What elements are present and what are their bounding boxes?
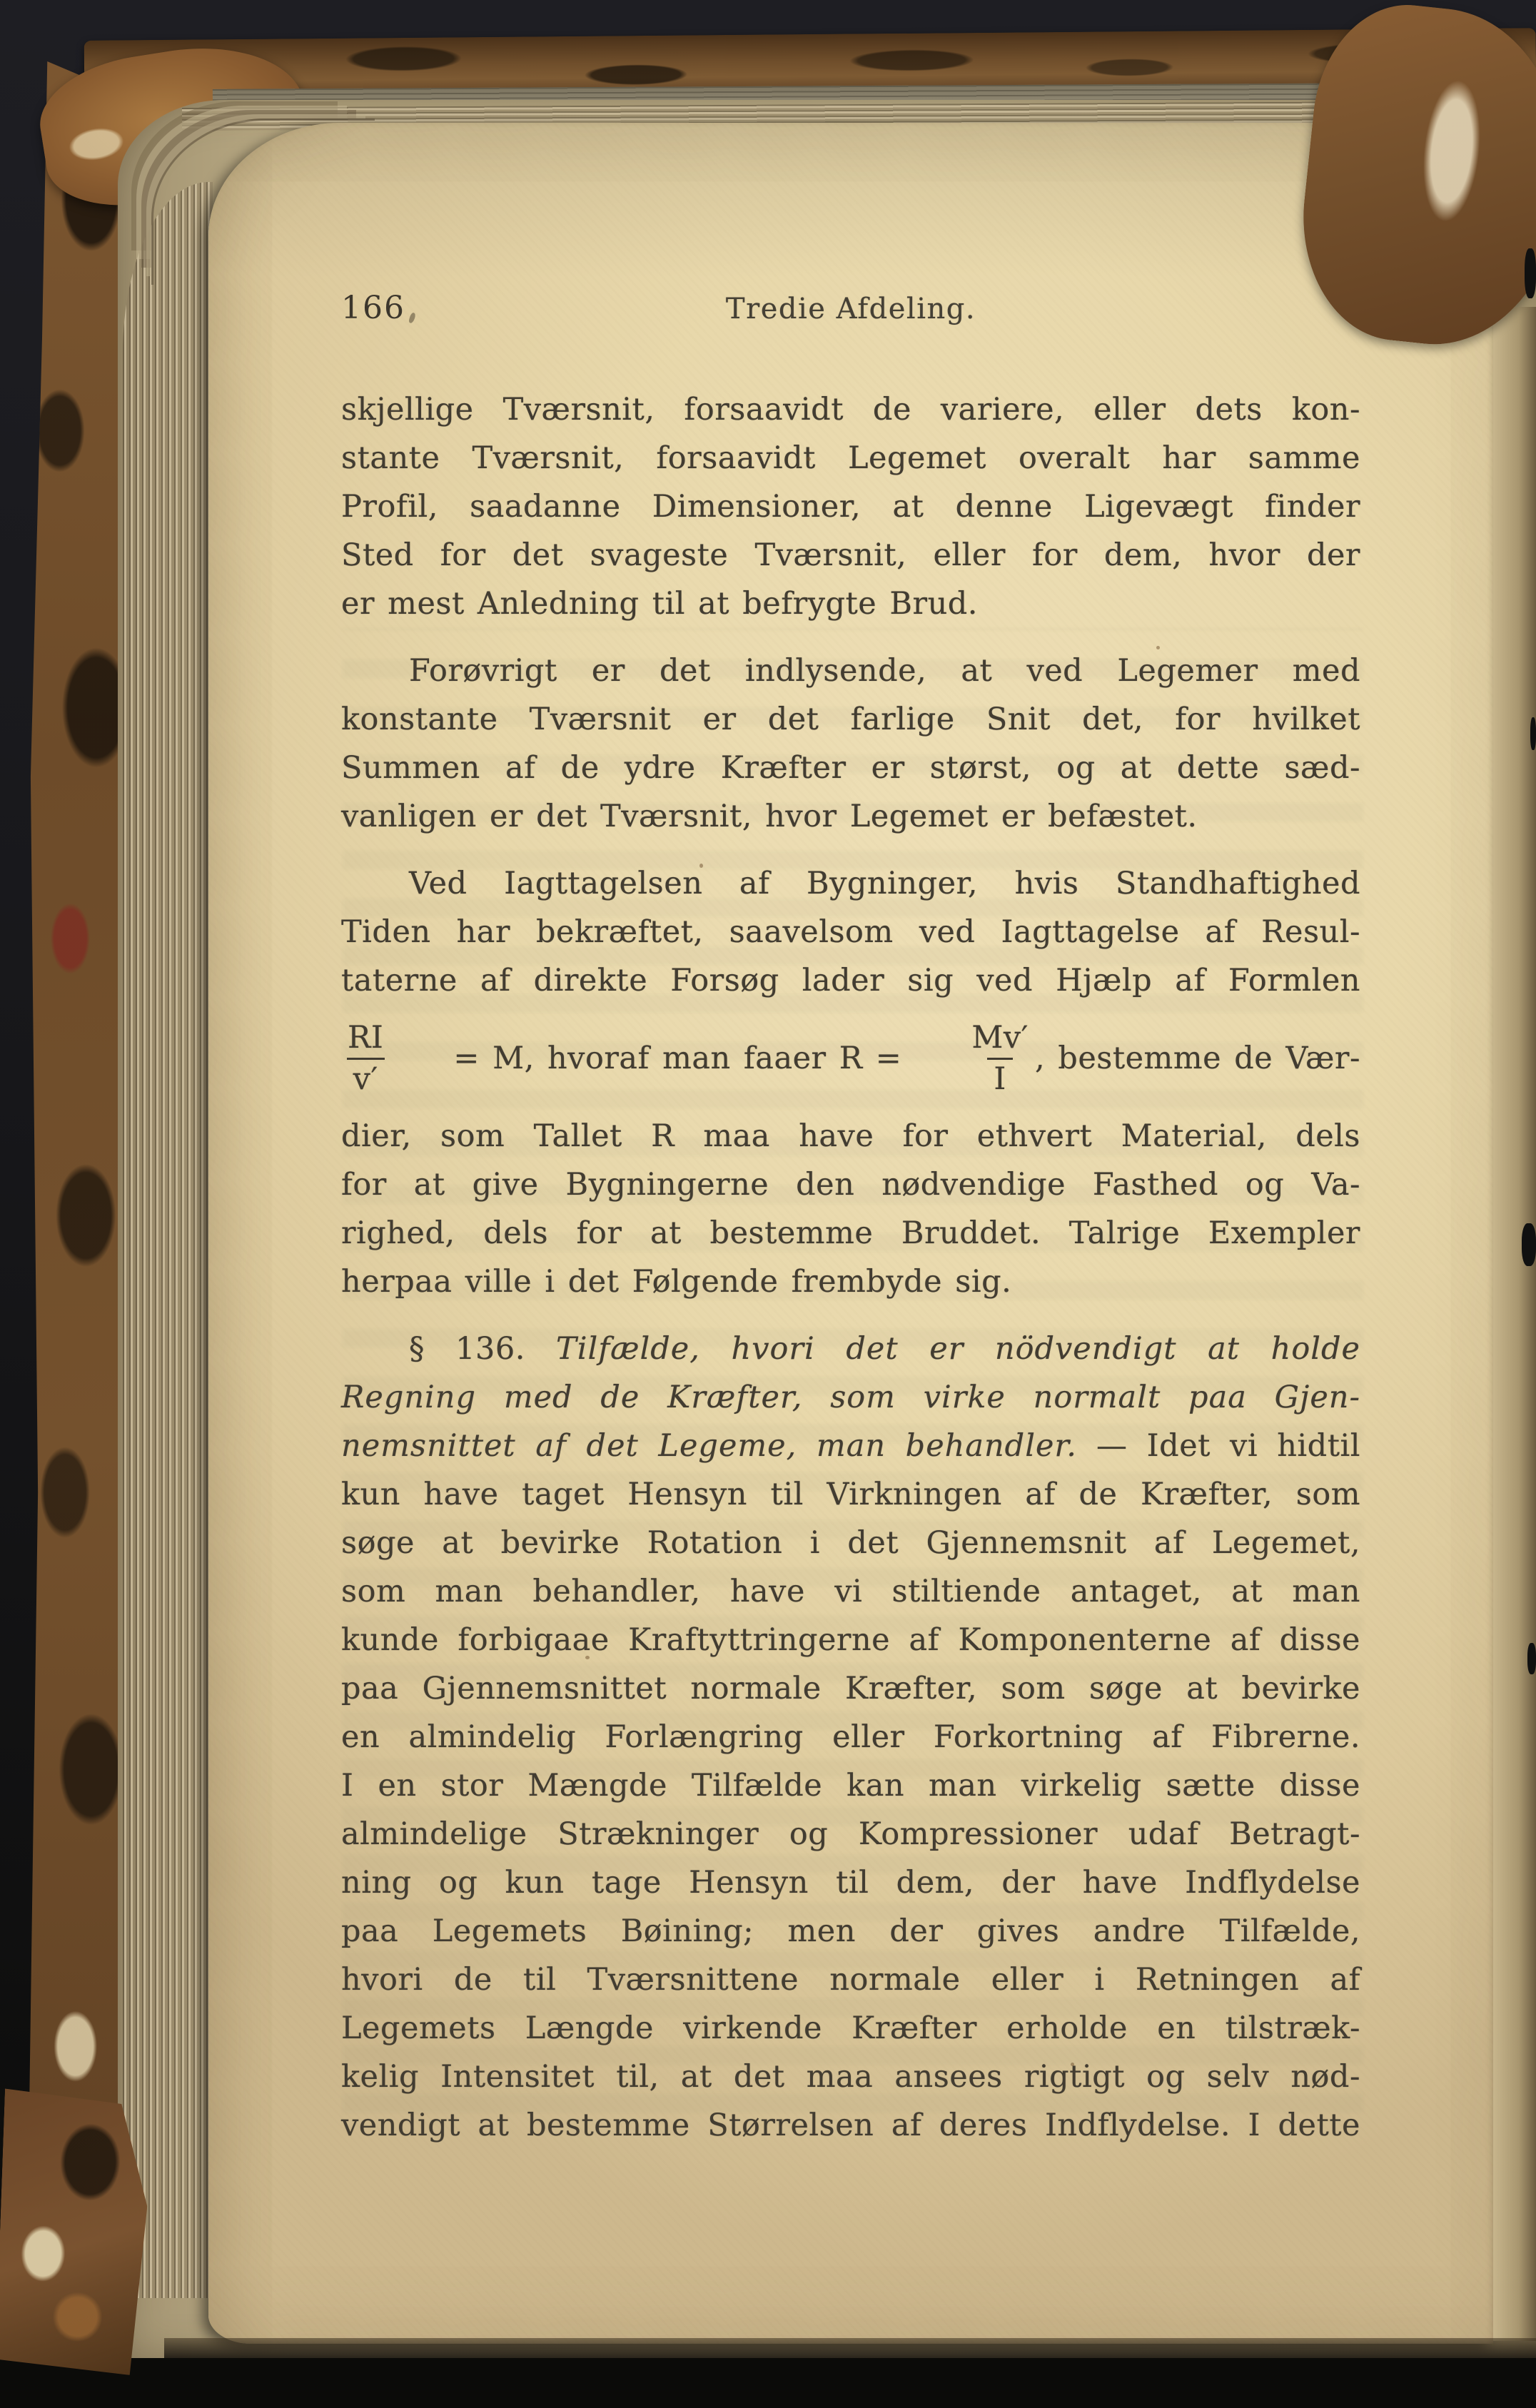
photo-edge-speck: [1525, 248, 1536, 298]
photo-edge-speck: [1522, 1223, 1536, 1266]
paper-speck: [807, 457, 811, 461]
text-line: ning og kun tage Hensyn til dem, der hav…: [341, 1858, 1360, 1907]
text-line: kun have taget Hensyn til Virkningen af …: [341, 1470, 1360, 1519]
text-line: herpaa ville i det Følgende frembyde sig…: [341, 1258, 1360, 1306]
page-stack-left-edges: [123, 182, 213, 2298]
text-line: hvori de til Tværsnittene normale eller …: [341, 1956, 1360, 2004]
text-line: Legemets Længde virkende Kræfter erholde…: [341, 2004, 1360, 2053]
formula-line: RIv′= M, hvoraf man faaer R =Mv′I, beste…: [341, 1005, 1360, 1112]
text-line: almindelige Strækninger og Kompressioner…: [341, 1810, 1360, 1858]
text-line: vanligen er det Tværsnit, hvor Legemet e…: [341, 792, 1360, 841]
text-line: paa Gjennemsnittet normale Kræfter, som …: [341, 1664, 1360, 1713]
text-line: en almindelig Forlængring eller Forkortn…: [341, 1713, 1360, 1761]
paper-speck: [1071, 2063, 1074, 2066]
section-header: Tredie Afdeling.: [341, 293, 1360, 325]
text-line: kunde forbigaae Kraftyttringerne af Komp…: [341, 1616, 1360, 1664]
fraction-RI-over-v: RIv′: [341, 1021, 390, 1096]
text-line: Forøvrigt er det indlysende, at ved Lege…: [341, 647, 1360, 695]
text-line: stante Tværsnit, forsaavidt Legemet over…: [341, 434, 1360, 482]
text-line: er mest Anledning til at befrygte Brud.: [341, 580, 1360, 628]
text-line: Tiden har bekræftet, saavelsom ved Iagtt…: [341, 908, 1360, 956]
formula-middle-text: = M, hvoraf man faaer R =: [453, 1034, 901, 1083]
text-line: kelig Intensitet til, at det maa ansees …: [341, 2053, 1360, 2101]
book-scan-photo: 166 Tredie Afdeling. skjellige Tværsnit,…: [0, 0, 1536, 2408]
photo-bottom-band: [0, 2358, 1536, 2408]
text-line: § 136. Tilfælde, hvori det er nödvendigt…: [341, 1325, 1360, 1373]
text-line: dier, som Tallet R maa have for ethvert …: [341, 1112, 1360, 1160]
text-line: skjellige Tværsnit, forsaavidt de varier…: [341, 385, 1360, 434]
text-line: righed, dels for at bestemme Bruddet. Ta…: [341, 1209, 1360, 1258]
text-line: Sted for det svageste Tværsnit, eller fo…: [341, 531, 1360, 580]
formula-tail-text: , bestemme de Vær-: [1035, 1034, 1360, 1083]
text-line: konstante Tværsnit er det farlige Snit d…: [341, 695, 1360, 744]
text-line: nemsnittet af det Legeme, man behandler.…: [341, 1422, 1360, 1470]
page-header-row: 166 Tredie Afdeling.: [341, 290, 1360, 333]
paper-speck: [1156, 646, 1160, 649]
text-line: taterne af direkte Forsøg lader sig ved …: [341, 956, 1360, 1005]
text-line: Profil, saadanne Dimensioner, at denne L…: [341, 482, 1360, 531]
page-right-edge-strip: [1493, 307, 1536, 2341]
text-line: som man behandler, have vi stiltiende an…: [341, 1567, 1360, 1616]
text-line: vendigt at bestemme Størrelsen af deres …: [341, 2101, 1360, 2150]
text-line: Regning med de Kræfter, som virke normal…: [341, 1373, 1360, 1422]
text-line: søge at bevirke Rotation i det Gjennemsn…: [341, 1519, 1360, 1567]
formula-right-group: Mv′I, bestemme de Vær-: [965, 1021, 1360, 1096]
photo-edge-speck: [1527, 1643, 1536, 1674]
body-text: skjellige Tværsnit, forsaavidt de varier…: [341, 385, 1360, 2150]
text-line: paa Legemets Bøining; men der gives andr…: [341, 1907, 1360, 1956]
text-line: for at give Bygningerne den nødvendige F…: [341, 1160, 1360, 1209]
paper-speck: [699, 864, 703, 868]
text-line: Summen af de ydre Kræfter er størst, og …: [341, 744, 1360, 792]
photo-edge-speck: [1530, 717, 1536, 750]
text-line: I en stor Mængde Tilfælde kan man virkel…: [341, 1761, 1360, 1810]
text-line: Ved Iagttagelsen af Bygninger, hvis Stan…: [341, 859, 1360, 908]
paper-speck: [585, 1656, 590, 1659]
fraction-Mv-over-I: Mv′I: [965, 1021, 1035, 1096]
